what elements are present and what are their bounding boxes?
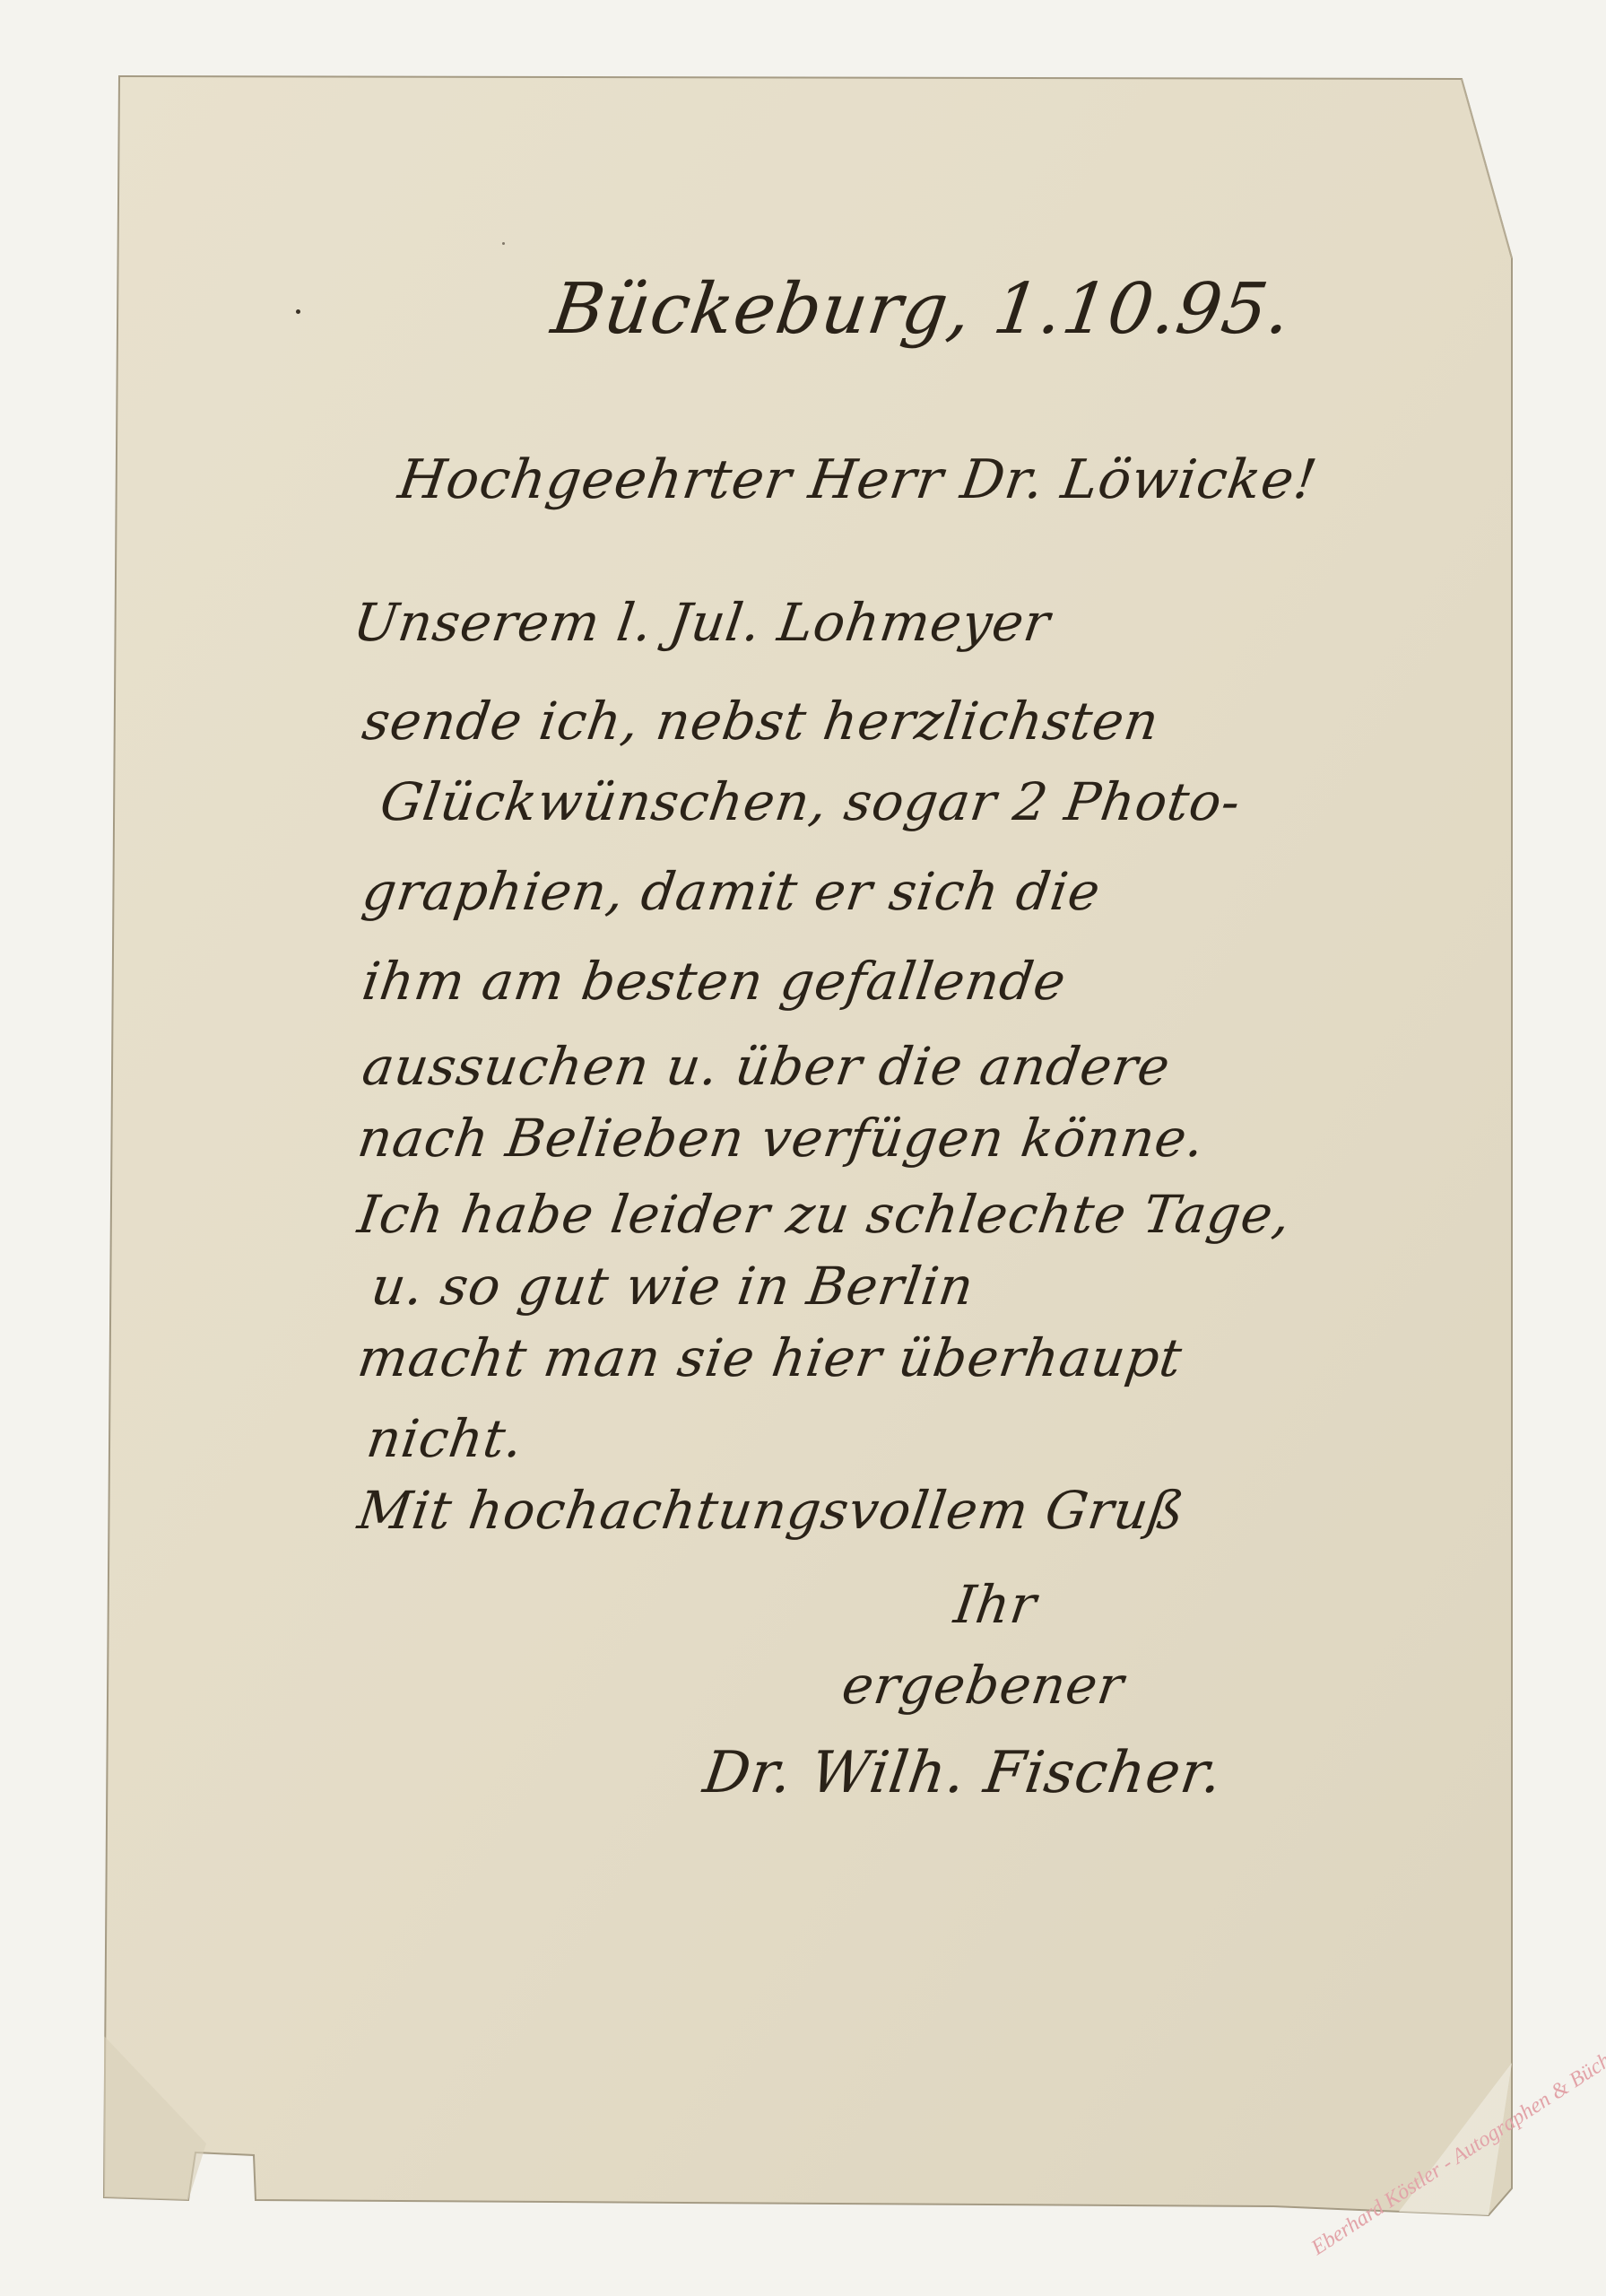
letter-signature: Dr. Wilh. Fischer. xyxy=(699,1740,1227,1806)
body-line: graphien, damit er sich die xyxy=(359,861,1105,922)
letter-closing: Mit hochachtungsvollem Gruß xyxy=(354,1480,1188,1541)
body-line: Ich habe leider zu schlechte Tage, xyxy=(354,1184,1295,1245)
letter-date-line: Bückeburg, 1.10.95. xyxy=(547,269,1297,350)
letter-closing-ihr: Ihr xyxy=(951,1574,1041,1635)
body-line: Glückwünschen, sogar 2 Photo- xyxy=(377,771,1245,832)
body-line: aussuchen u. über die andere xyxy=(359,1036,1174,1097)
letter-salutation: Hochgeehrter Herr Dr. Löwicke! xyxy=(395,448,1321,511)
body-line: u. so gut wie in Berlin xyxy=(368,1256,978,1317)
letter-closing-ergebener: ergebener xyxy=(838,1655,1128,1716)
ink-spot xyxy=(502,242,505,245)
body-line: nicht. xyxy=(363,1408,527,1469)
body-line: sende ich, nebst herzlichsten xyxy=(359,691,1163,752)
body-line: Unserem l. Jul. Lohmeyer xyxy=(350,592,1055,653)
body-line: ihm am besten gefallende xyxy=(359,951,1070,1012)
body-line: nach Belieben verfügen könne. xyxy=(354,1108,1209,1169)
body-line: macht man sie hier überhaupt xyxy=(354,1327,1186,1388)
ink-spot xyxy=(296,309,300,314)
